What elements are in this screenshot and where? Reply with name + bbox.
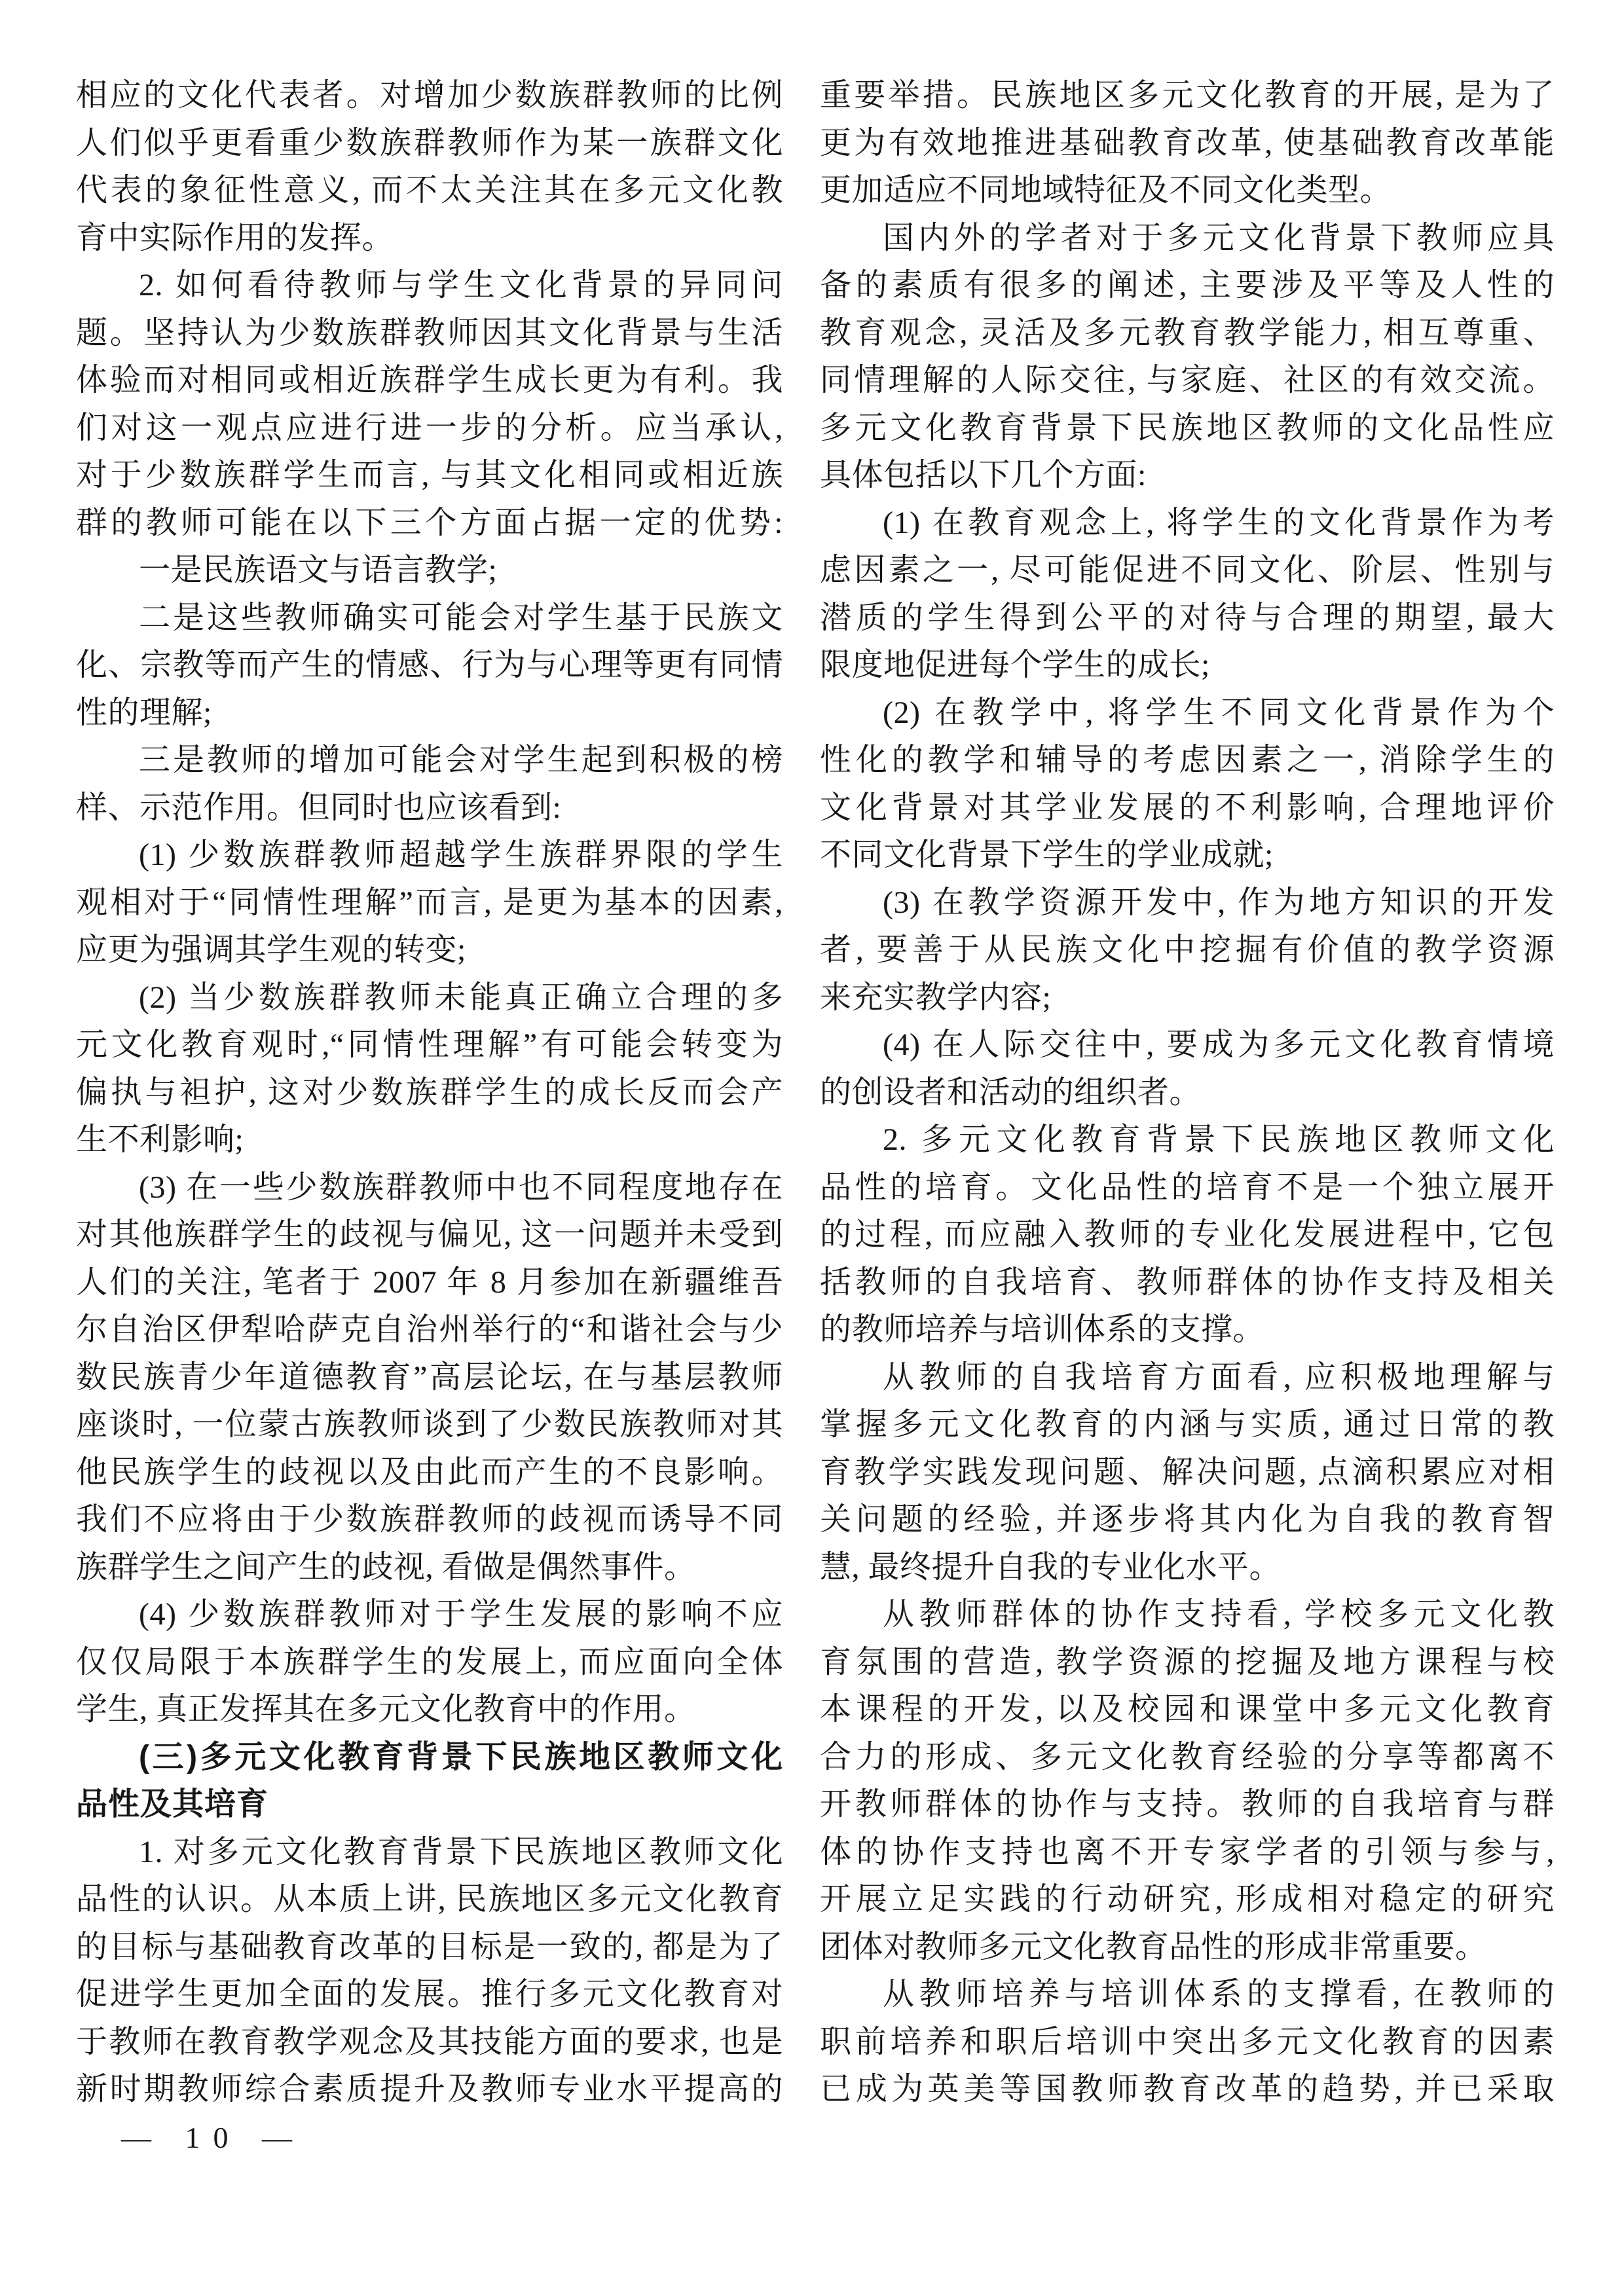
text-line: 团体对教师多元文化教育品性的形成非常重要。	[820, 1924, 1555, 1972]
text-line: 相应的文化代表者。对增加少数族群教师的比例	[76, 72, 783, 120]
section-heading-line: (三)多元文化教育背景下民族地区教师文化	[76, 1734, 783, 1782]
text-line: 群的教师可能在以下三个方面占据一定的优势:	[76, 500, 783, 547]
text-line: 的创设者和活动的组织者。	[820, 1069, 1555, 1117]
text-line: 括教师的自我培育、教师群体的协作支持及相关	[820, 1259, 1555, 1307]
text-line: 慧, 最终提升自我的专业化水平。	[820, 1544, 1555, 1592]
text-line: 2. 如何看待教师与学生文化背景的异同问	[76, 262, 783, 310]
text-line: 我们不应将由于少数族群教师的歧视而诱导不同	[76, 1496, 783, 1544]
text-line: (2) 在教学中, 将学生不同文化背景作为个	[820, 689, 1555, 737]
text-line: 生不利影响;	[76, 1116, 783, 1164]
section-heading-line: 品性及其培育	[76, 1781, 783, 1829]
text-line: 偏执与袒护, 这对少数族群学生的成长反而会产	[76, 1069, 783, 1117]
text-line: 教育观念, 灵活及多元教育教学能力, 相互尊重、	[820, 310, 1555, 358]
text-line: (2) 当少数族群教师未能真正确立合理的多	[76, 974, 783, 1022]
text-line: 限度地促进每个学生的成长;	[820, 642, 1555, 689]
text-line: 三是教师的增加可能会对学生起到积极的榜	[76, 737, 783, 784]
text-line: 多元文化教育背景下民族地区教师的文化品性应	[820, 405, 1555, 452]
text-line: 不同文化背景下学生的学业成就;	[820, 832, 1555, 879]
text-line: 的目标与基础教育改革的目标是一致的, 都是为了	[76, 1924, 783, 1972]
text-line: 者, 要善于从民族文化中挖掘有价值的教学资源	[820, 927, 1555, 974]
text-line: (1) 在教育观念上, 将学生的文化背景作为考	[820, 500, 1555, 547]
text-line: 观相对于“同情性理解”而言, 是更为基本的因素,	[76, 879, 783, 927]
text-line: 对其他族群学生的歧视与偏见, 这一问题并未受到	[76, 1211, 783, 1259]
text-line: 他民族学生的歧视以及由此而产生的不良影响。	[76, 1449, 783, 1497]
text-line: 来充实教学内容;	[820, 974, 1555, 1022]
text-line: 品性的认识。从本质上讲, 民族地区多元文化教育	[76, 1876, 783, 1924]
text-line: 元文化教育观时,“同情性理解”有可能会转变为	[76, 1021, 783, 1069]
text-line: 具体包括以下几个方面:	[820, 452, 1555, 500]
text-line: 性化的教学和辅导的考虑因素之一, 消除学生的	[820, 737, 1555, 784]
text-line: (4) 少数族群教师对于学生发展的影响不应	[76, 1591, 783, 1639]
text-line: 品性的培育。文化品性的培育不是一个独立展开	[820, 1164, 1555, 1212]
text-line: 于教师在教育教学观念及其技能方面的要求, 也是	[76, 2019, 783, 2066]
text-line: 2. 多元文化教育背景下民族地区教师文化	[820, 1116, 1555, 1164]
scanned-page: 相应的文化代表者。对增加少数族群教师的比例人们似乎更看重少数族群教师作为某一族群…	[0, 0, 1624, 2295]
text-line: 从教师培养与培训体系的支撑看, 在教师的	[820, 1971, 1555, 2019]
text-line: 对于少数族群学生而言, 与其文化相同或相近族	[76, 452, 783, 500]
text-line: 数民族青少年道德教育”高层论坛, 在与基层教师	[76, 1354, 783, 1402]
text-line: 体的协作支持也离不开专家学者的引领与参与,	[820, 1829, 1555, 1877]
text-line: 备的素质有很多的阐述, 主要涉及平等及人性的	[820, 262, 1555, 310]
text-line: 已成为英美等国教师教育改革的趋势, 并已采取	[820, 2066, 1555, 2114]
text-line: 尔自治区伊犁哈萨克自治州举行的“和谐社会与少	[76, 1306, 783, 1354]
text-line: 开展立足实践的行动研究, 形成相对稳定的研究	[820, 1876, 1555, 1924]
text-line: 学生, 真正发挥其在多元文化教育中的作用。	[76, 1686, 783, 1734]
text-line: 人们似乎更看重少数族群教师作为某一族群文化	[76, 120, 783, 168]
text-line: 新时期教师综合素质提升及教师专业水平提高的	[76, 2066, 783, 2114]
text-line: 一是民族语文与语言教学;	[76, 547, 783, 595]
text-line: 促进学生更加全面的发展。推行多元文化教育对	[76, 1971, 783, 2019]
text-line: 文化背景对其学业发展的不利影响, 合理地评价	[820, 784, 1555, 832]
text-line: 代表的象征性意义, 而不太关注其在多元文化教	[76, 167, 783, 215]
text-line: 虑因素之一, 尽可能促进不同文化、阶层、性别与	[820, 547, 1555, 595]
text-line: 育中实际作用的发挥。	[76, 215, 783, 263]
text-line: (1) 少数族群教师超越学生族群界限的学生	[76, 832, 783, 879]
text-line: 族群学生之间产生的歧视, 看做是偶然事件。	[76, 1544, 783, 1592]
text-line: (4) 在人际交往中, 要成为多元文化教育情境	[820, 1021, 1555, 1069]
text-line: 职前培养和职后培训中突出多元文化教育的因素	[820, 2019, 1555, 2066]
text-line: 育教学实践发现问题、解决问题, 点滴积累应对相	[820, 1449, 1555, 1497]
text-line: 开教师群体的协作与支持。教师的自我培育与群	[820, 1781, 1555, 1829]
text-line: 人们的关注, 笔者于 2007 年 8 月参加在新疆维吾	[76, 1259, 783, 1307]
text-line: 重要举措。民族地区多元文化教育的开展, 是为了	[820, 72, 1555, 120]
text-line: 同情理解的人际交往, 与家庭、社区的有效交流。	[820, 357, 1555, 405]
text-line: 本课程的开发, 以及校园和课堂中多元文化教育	[820, 1686, 1555, 1734]
text-line: 潜质的学生得到公平的对待与合理的期望, 最大	[820, 595, 1555, 642]
text-line: 题。坚持认为少数族群教师因其文化背景与生活	[76, 310, 783, 358]
text-line: 体验而对相同或相近族群学生成长更为有利。我	[76, 357, 783, 405]
text-line: 们对这一观点应进行进一步的分析。应当承认,	[76, 405, 783, 452]
text-line: 从教师的自我培育方面看, 应积极地理解与	[820, 1354, 1555, 1402]
text-line: 关问题的经验, 并逐步将其内化为自我的教育智	[820, 1496, 1555, 1544]
text-line: (3) 在教学资源开发中, 作为地方知识的开发	[820, 879, 1555, 927]
text-line: 仅仅局限于本族群学生的发展上, 而应面向全体	[76, 1639, 783, 1687]
text-line: 性的理解;	[76, 689, 783, 737]
text-line: 的过程, 而应融入教师的专业化发展进程中, 它包	[820, 1211, 1555, 1259]
text-line: 1. 对多元文化教育背景下民族地区教师文化	[76, 1829, 783, 1877]
text-line: 更加适应不同地域特征及不同文化类型。	[820, 167, 1555, 215]
right-column: 重要举措。民族地区多元文化教育的开展, 是为了更为有效地推进基础教育改革, 使基…	[820, 72, 1555, 2114]
text-line: 样、示范作用。但同时也应该看到:	[76, 784, 783, 832]
text-line: 座谈时, 一位蒙古族教师谈到了少数民族教师对其	[76, 1401, 783, 1449]
text-line: 应更为强调其学生观的转变;	[76, 927, 783, 974]
text-line: 化、宗教等而产生的情感、行为与心理等更有同情	[76, 642, 783, 689]
text-line: 合力的形成、多元文化教育经验的分享等都离不	[820, 1734, 1555, 1782]
left-column: 相应的文化代表者。对增加少数族群教师的比例人们似乎更看重少数族群教师作为某一族群…	[76, 72, 783, 2114]
text-line: 国内外的学者对于多元文化背景下教师应具	[820, 215, 1555, 263]
text-line: 二是这些教师确实可能会对学生基于民族文	[76, 595, 783, 642]
text-line: 从教师群体的协作支持看, 学校多元文化教	[820, 1591, 1555, 1639]
text-line: 的教师培养与培训体系的支撑。	[820, 1306, 1555, 1354]
page-number: — 10 —	[121, 2120, 305, 2155]
text-line: (3) 在一些少数族群教师中也不同程度地存在	[76, 1164, 783, 1212]
text-line: 掌握多元文化教育的内涵与实质, 通过日常的教	[820, 1401, 1555, 1449]
text-line: 更为有效地推进基础教育改革, 使基础教育改革能	[820, 120, 1555, 168]
text-line: 育氛围的营造, 教学资源的挖掘及地方课程与校	[820, 1639, 1555, 1687]
